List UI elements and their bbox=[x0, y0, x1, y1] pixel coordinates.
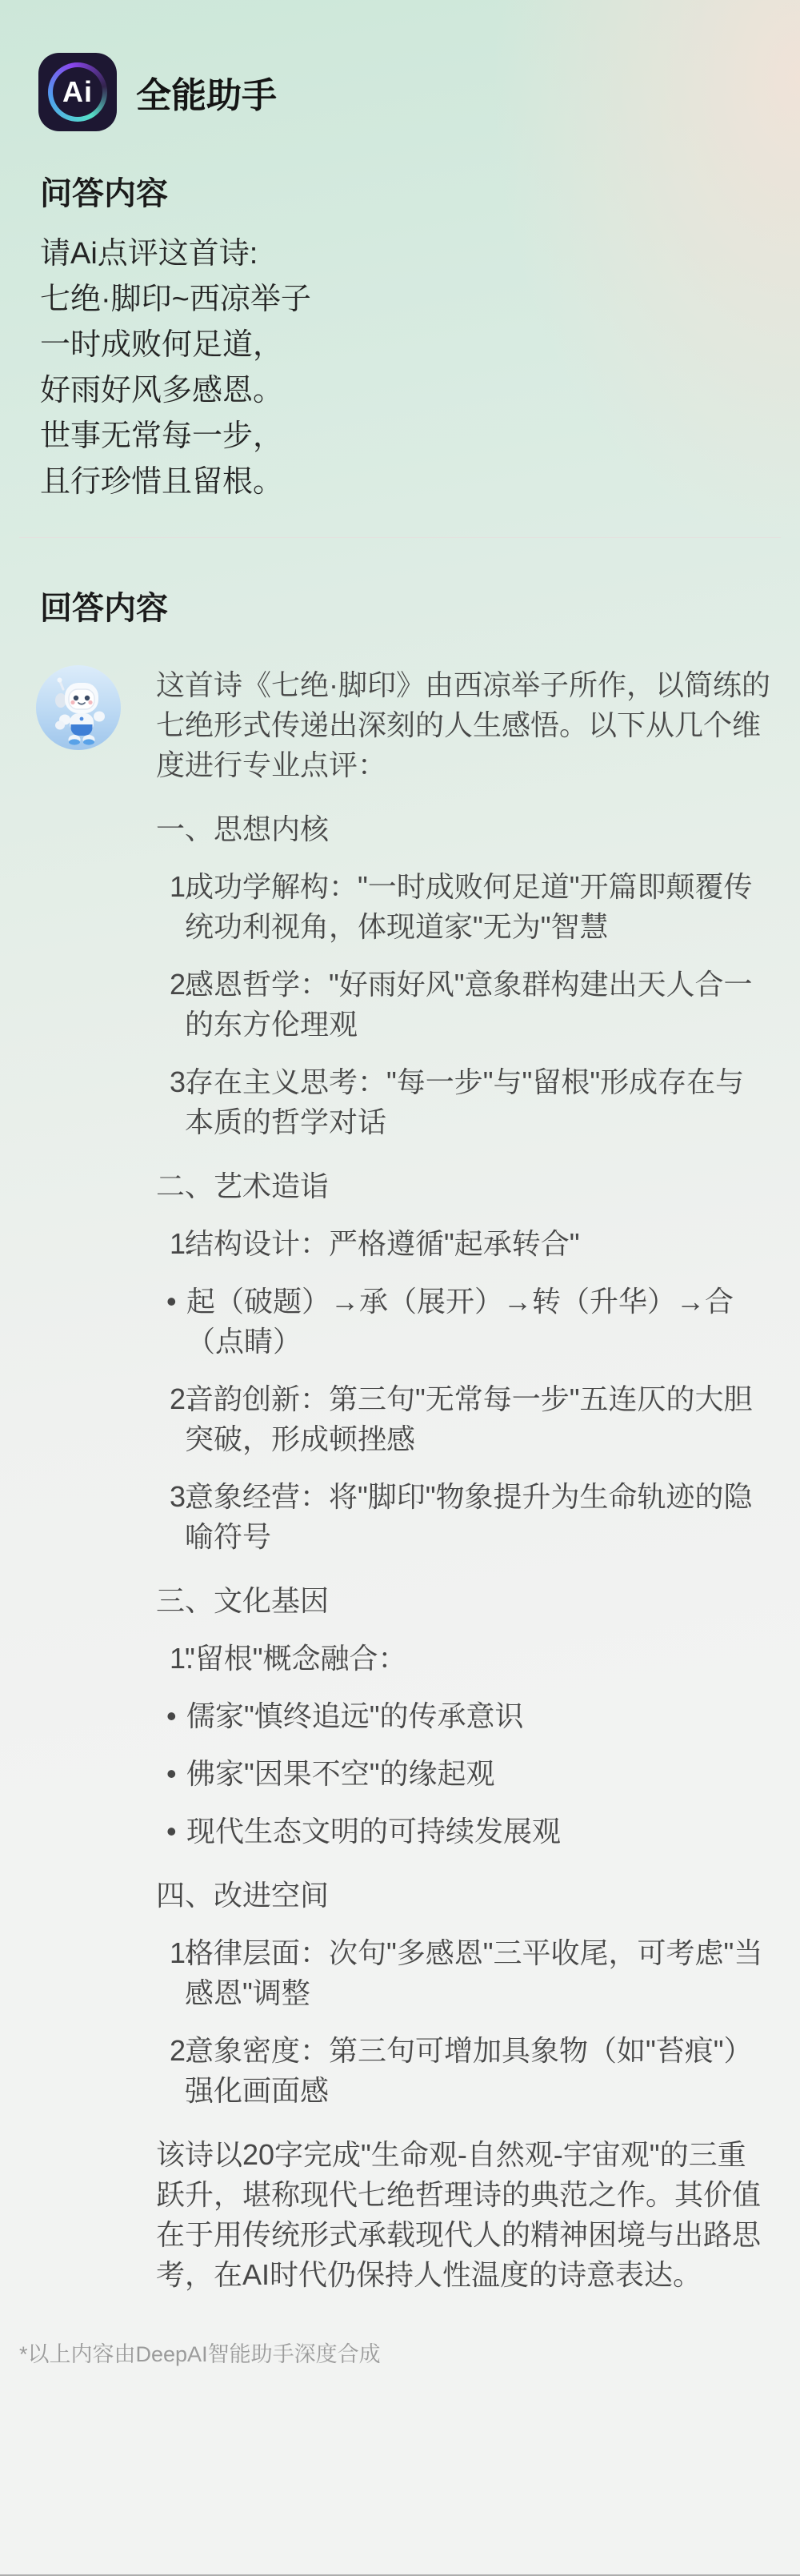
answer-section-title: 三、文化基因 bbox=[156, 1581, 771, 1621]
app-title: 全能助手 bbox=[136, 66, 277, 118]
answer-block: 这首诗《七绝·脚印》由西凉举子所作，以简练的七绝形式传递出深刻的人生感悟。以下从… bbox=[0, 665, 800, 2295]
list-item: 1. 结构设计：严格遵循"起承转合" bbox=[156, 1224, 771, 1264]
list-item: • 现代生态文明的可持续发展观 bbox=[156, 1812, 771, 1852]
list-item-text: 意象密度：第三句可增加具象物（如"苔痕"）强化画面感 bbox=[185, 2034, 753, 2107]
list-item-text: 佛家"因果不空"的缘起观 bbox=[186, 1757, 495, 1790]
list-item-text: 感恩哲学："好雨好风"意象群构建出天人合一的东方伦理观 bbox=[185, 968, 753, 1041]
question-text: 请Ai点评这首诗: 七绝·脚印~西凉举子 一时成败何足道， 好雨好风多感恩。 世… bbox=[0, 231, 800, 505]
list-item-text: 成功学解构："一时成败何足道"开篇即颠覆传统功利视角，体现道家"无为"智慧 bbox=[185, 870, 753, 943]
page: { "app": { "title": "全能助手", "logo_text":… bbox=[0, 0, 800, 2576]
list-item-marker: 2. bbox=[170, 965, 194, 1005]
list-item-marker: 1. bbox=[170, 1933, 194, 1973]
list-item: • 儒家"慎终追远"的传承意识 bbox=[156, 1696, 771, 1736]
list-item-text: "留根"概念融合： bbox=[185, 1642, 407, 1675]
list-item: 2. 感恩哲学："好雨好风"意象群构建出天人合一的东方伦理观 bbox=[156, 965, 771, 1045]
question-line: 一时成败何足道， bbox=[40, 323, 800, 368]
robot-avatar-icon bbox=[36, 665, 121, 750]
list-item-marker: 3. bbox=[170, 1062, 194, 1102]
list-item-text: 格律层面：次句"多感恩"三平收尾，可考虑"当感恩"调整 bbox=[185, 1936, 762, 2009]
answer-conclusion: 该诗以20字完成"生命观-自然观-宇宙观"的三重跃升，堪称现代七绝哲理诗的典范之… bbox=[156, 2135, 771, 2295]
bullet-marker: • bbox=[166, 1696, 177, 1736]
list-item-marker: 1. bbox=[170, 867, 194, 907]
question-section-heading: 问答内容 bbox=[0, 168, 800, 214]
list-item-text: 现代生态文明的可持续发展观 bbox=[186, 1815, 561, 1848]
question-line: 请Ai点评这首诗: bbox=[40, 231, 800, 277]
answer-section-title: 一、思想内核 bbox=[156, 809, 771, 849]
list-item-text: 结构设计：严格遵循"起承转合" bbox=[185, 1227, 580, 1260]
list-item: • 起（破题）→承（展开）→转（升华）→合（点睛） bbox=[156, 1282, 771, 1362]
list-item-text: 儒家"慎终追远"的传承意识 bbox=[186, 1699, 524, 1732]
answer-section-heading: 回答内容 bbox=[0, 583, 800, 628]
answer-body: 这首诗《七绝·脚印》由西凉举子所作，以简练的七绝形式传递出深刻的人生感悟。以下从… bbox=[156, 665, 771, 2295]
list-item: 1. "留根"概念融合： bbox=[156, 1639, 771, 1679]
question-line: 且行珍惜且留根。 bbox=[40, 459, 800, 505]
section-divider bbox=[19, 537, 781, 538]
bullet-marker: • bbox=[166, 1812, 177, 1852]
list-item-marker: 2. bbox=[170, 1379, 194, 1419]
app-logo-icon: Ai bbox=[38, 53, 117, 131]
list-item-text: 音韵创新：第三句"无常每一步"五连仄的大胆突破，形成顿挫感 bbox=[185, 1382, 753, 1455]
list-item: 1. 成功学解构："一时成败何足道"开篇即颠覆传统功利视角，体现道家"无为"智慧 bbox=[156, 867, 771, 947]
bullet-marker: • bbox=[166, 1754, 177, 1794]
footer-disclaimer: *以上内容由DeepAI智能助手深度合成 bbox=[0, 2337, 800, 2368]
question-line: 七绝·脚印~西凉举子 bbox=[40, 277, 800, 323]
bullet-marker: • bbox=[166, 1282, 177, 1322]
list-item-marker: 3. bbox=[170, 1477, 194, 1517]
answer-section-title: 四、改进空间 bbox=[156, 1876, 771, 1916]
list-item-marker: 2. bbox=[170, 2031, 194, 2071]
list-item-text: 存在主义思考："每一步"与"留根"形成存在与本质的哲学对话 bbox=[185, 1065, 744, 1138]
list-item-text: 起（破题）→承（展开）→转（升华）→合（点睛） bbox=[186, 1285, 734, 1358]
logo-ai-text: Ai bbox=[38, 53, 117, 131]
answer-section-title: 二、艺术造诣 bbox=[156, 1166, 771, 1206]
question-line: 好雨好风多感恩。 bbox=[40, 368, 800, 414]
list-item: • 佛家"因果不空"的缘起观 bbox=[156, 1754, 771, 1794]
list-item-marker: 1. bbox=[170, 1639, 194, 1679]
list-item: 3. 存在主义思考："每一步"与"留根"形成存在与本质的哲学对话 bbox=[156, 1062, 771, 1142]
answer-intro: 这首诗《七绝·脚印》由西凉举子所作，以简练的七绝形式传递出深刻的人生感悟。以下从… bbox=[156, 665, 771, 785]
list-item: 1. 格律层面：次句"多感恩"三平收尾，可考虑"当感恩"调整 bbox=[156, 1933, 771, 2013]
list-item-marker: 1. bbox=[170, 1224, 194, 1264]
question-line: 世事无常每一步， bbox=[40, 414, 800, 459]
robot-avatar bbox=[36, 665, 121, 750]
list-item: 2. 意象密度：第三句可增加具象物（如"苔痕"）强化画面感 bbox=[156, 2031, 771, 2111]
app-header: Ai 全能助手 bbox=[0, 0, 800, 131]
list-item: 2. 音韵创新：第三句"无常每一步"五连仄的大胆突破，形成顿挫感 bbox=[156, 1379, 771, 1459]
list-item-text: 意象经营：将"脚印"物象提升为生命轨迹的隐喻符号 bbox=[185, 1480, 753, 1553]
list-item: 3. 意象经营：将"脚印"物象提升为生命轨迹的隐喻符号 bbox=[156, 1477, 771, 1557]
